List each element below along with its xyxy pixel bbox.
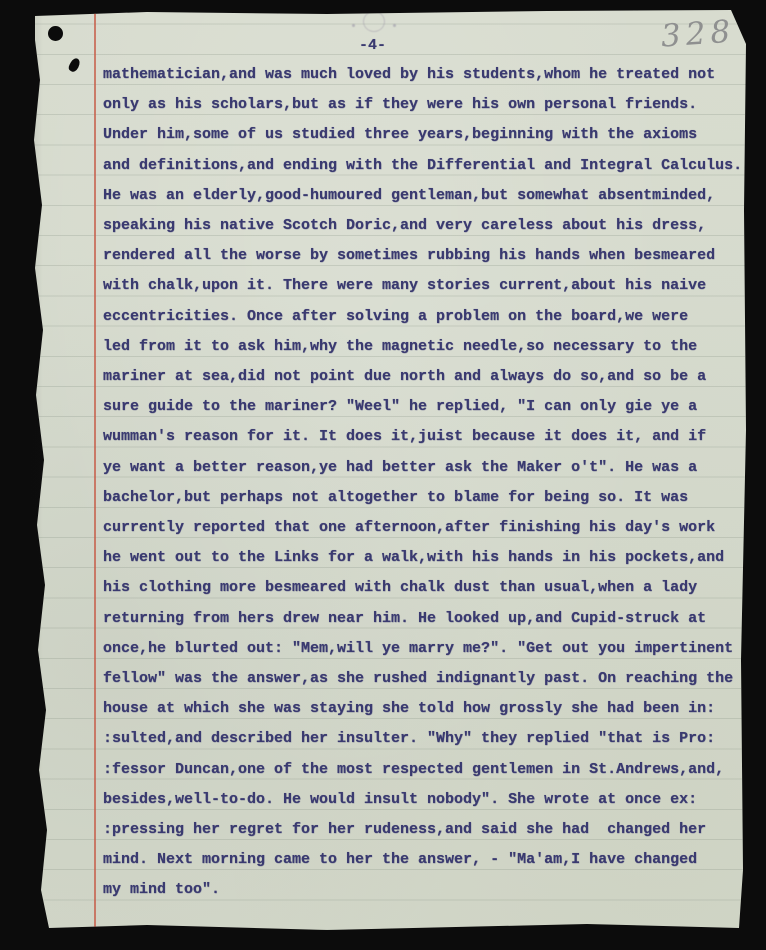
typewritten-line: ye want a better reason,ye had better as… (103, 453, 742, 483)
page-number: -4- (359, 37, 386, 54)
typewritten-line: led from it to ask him,why the magnetic … (103, 332, 742, 362)
typewritten-line: mariner at sea,did not point due north a… (103, 362, 742, 392)
typewritten-line: my mind too". (103, 875, 742, 905)
typewritten-line: his clothing more besmeared with chalk d… (103, 573, 742, 603)
typewritten-line: wumman's reason for it. It does it,juist… (103, 422, 742, 452)
typewritten-line: besides,well-to-do. He would insult nobo… (103, 785, 742, 815)
typewritten-line: :sulted,and described her insulter. "Why… (103, 724, 742, 754)
typewritten-line: :fessor Duncan,one of the most respected… (103, 755, 742, 785)
typewritten-line: He was an elderly,good-humoured gentlema… (103, 181, 742, 211)
folio-number-handwritten: 328 (660, 13, 737, 54)
typewritten-line: only as his scholars,but as if they were… (103, 90, 742, 120)
typewritten-line: bachelor,but perhaps not altogether to b… (103, 483, 742, 513)
typewritten-line: fellow" was the answer,as she rushed ind… (103, 664, 742, 694)
typewritten-line: sure guide to the mariner? "Weel" he rep… (103, 392, 742, 422)
typewritten-line: and definitions,and ending with the Diff… (103, 151, 742, 181)
document-page: 328 -4- mathematician,and was much loved… (27, 10, 748, 932)
typewritten-line: mathematician,and was much loved by his … (103, 60, 742, 90)
punch-hole (48, 26, 63, 41)
typewritten-line: mind. Next morning came to her the answe… (103, 845, 742, 875)
red-margin-rule (94, 10, 96, 932)
ink-smudge (363, 11, 385, 32)
typewritten-line: :pressing her regret for her rudeness,an… (103, 815, 742, 845)
typewritten-line: returning from hers drew near him. He lo… (103, 604, 742, 634)
typewritten-line: speaking his native Scotch Doric,and ver… (103, 211, 742, 241)
typewritten-line: he went out to the Links for a walk,with… (103, 543, 742, 573)
typewritten-line: Under him,some of us studied three years… (103, 120, 742, 150)
typewritten-text: mathematician,and was much loved by his … (103, 60, 742, 906)
typewritten-line: rendered all the worse by sometimes rubb… (103, 241, 742, 271)
typewritten-line: house at which she was staying she told … (103, 694, 742, 724)
punch-hole-small (67, 57, 82, 74)
typewritten-line: with chalk,upon it. There were many stor… (103, 271, 742, 301)
typewritten-line: eccentricities. Once after solving a pro… (103, 302, 742, 332)
typewritten-line: currently reported that one afternoon,af… (103, 513, 742, 543)
typewritten-line: once,he blurted out: "Mem,will ye marry … (103, 634, 742, 664)
scan-background: 328 -4- mathematician,and was much loved… (0, 0, 766, 950)
